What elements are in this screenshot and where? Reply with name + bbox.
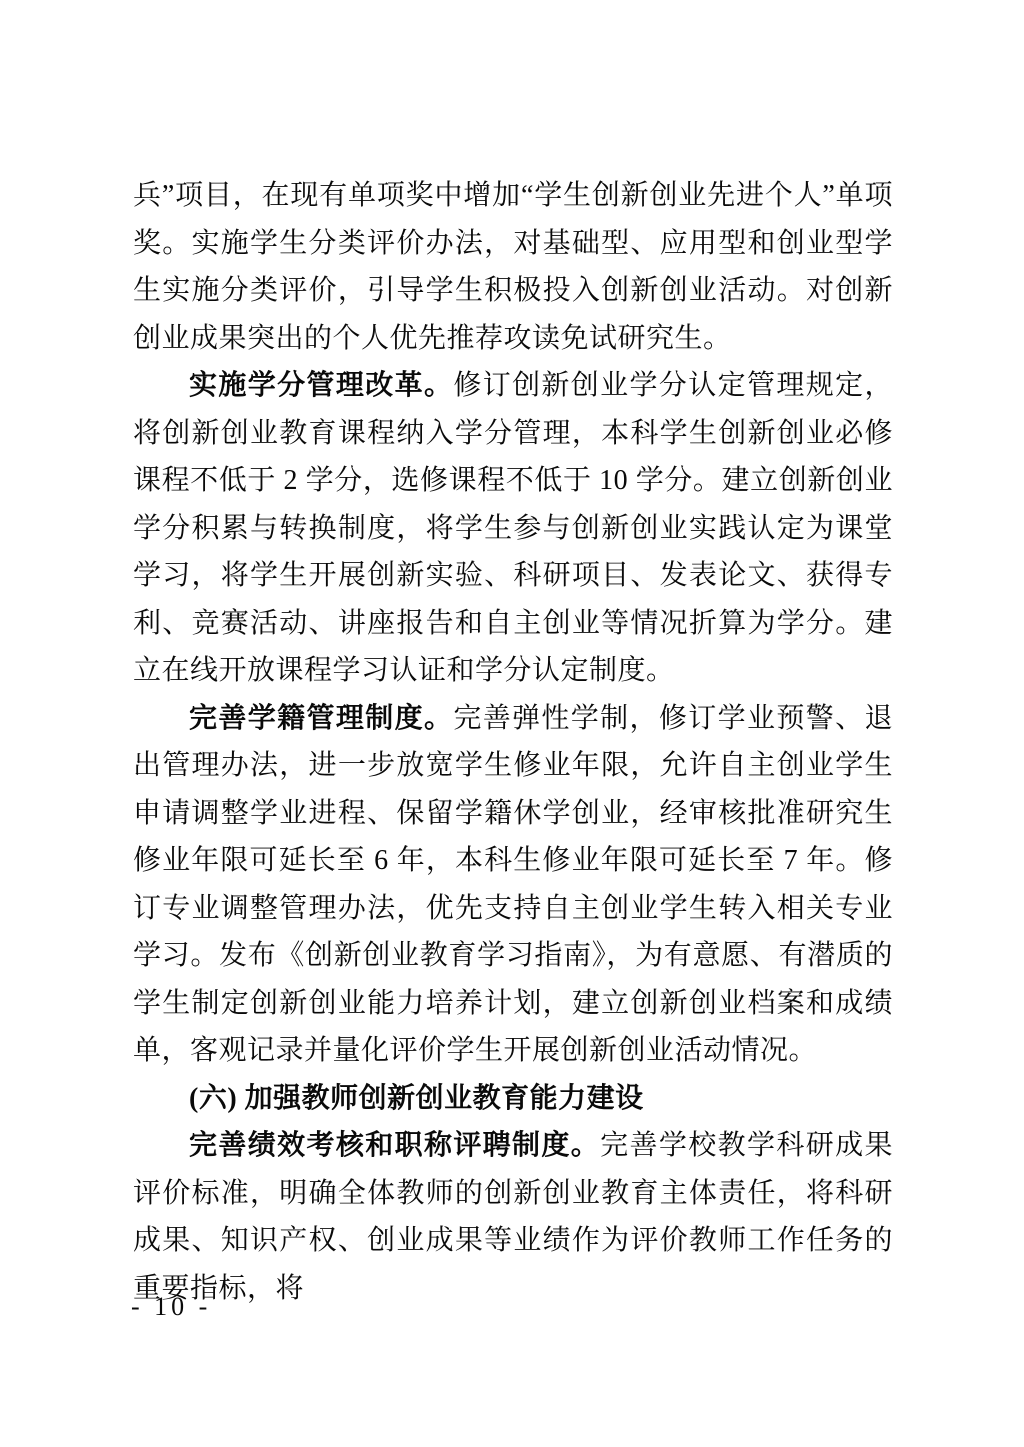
paragraph-continuation: 兵”项目，在现有单项奖中增加“学生创新创业先进个人”单项奖。实施学生分类评价办法… [133,172,893,362]
paragraph-bold-lead: 完善绩效考核和职称评聘制度。 [189,1130,600,1161]
document-text-block: 兵”项目，在现有单项奖中增加“学生创新创业先进个人”单项奖。实施学生分类评价办法… [133,172,893,1312]
document-page: 兵”项目，在现有单项奖中增加“学生创新创业先进个人”单项奖。实施学生分类评价办法… [0,0,1024,1447]
section-heading-six: (六) 加强教师创新创业教育能力建设 [133,1075,893,1123]
paragraph-credit-reform: 实施学分管理改革。修订创新创业学分认定管理规定，将创新创业教育课程纳入学分管理，… [133,362,893,695]
paragraph-performance-evaluation: 完善绩效考核和职称评聘制度。完善学校教学科研成果评价标准，明确全体教师的创新创业… [133,1122,893,1312]
page-number: - 10 - [131,1290,211,1324]
paragraph-bold-lead: 完善学籍管理制度。 [189,703,453,734]
paragraph-text: 完善弹性学制，修订学业预警、退出管理办法，进一步放宽学生修业年限，允许自主创业学… [133,703,893,1067]
paragraph-text: 修订创新创业学分认定管理规定，将创新创业教育课程纳入学分管理，本科学生创新创业必… [133,370,893,686]
paragraph-bold-lead: 实施学分管理改革。 [189,370,453,401]
paragraph-text: 兵”项目，在现有单项奖中增加“学生创新创业先进个人”单项奖。实施学生分类评价办法… [133,180,893,354]
paragraph-enrollment-system: 完善学籍管理制度。完善弹性学制，修订学业预警、退出管理办法，进一步放宽学生修业年… [133,695,893,1075]
